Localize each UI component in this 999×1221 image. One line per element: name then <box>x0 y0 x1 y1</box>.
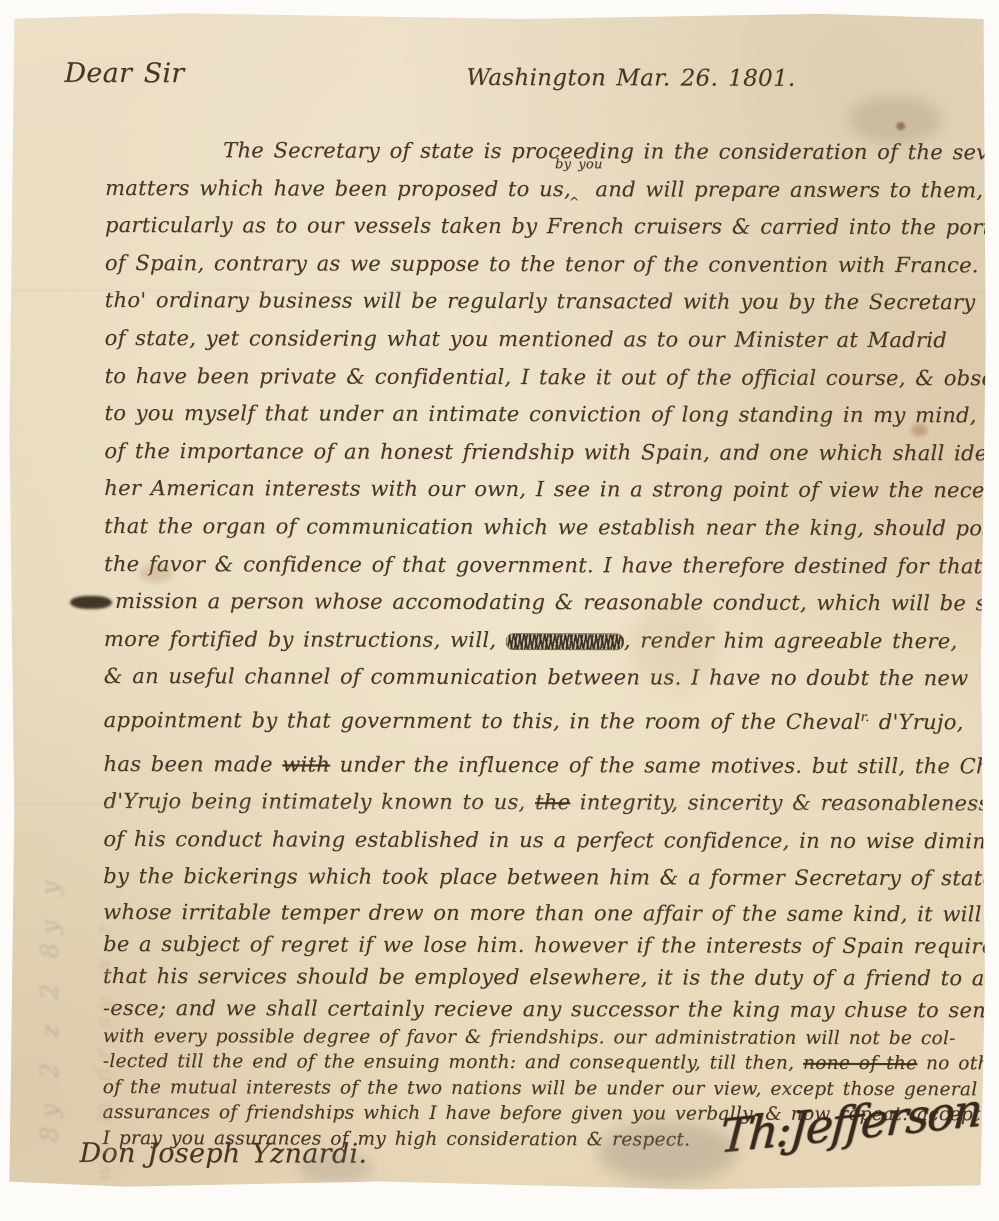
ink-scribble-deletion <box>506 634 624 649</box>
superscript-text: r. <box>861 709 870 724</box>
struck-through-text: with <box>282 752 330 776</box>
salutation: Dear Sir <box>64 58 184 89</box>
letter-line: with every possible degree of favor & fr… <box>103 1024 979 1052</box>
letter-line: & an useful channel of communication bet… <box>104 658 980 698</box>
interline-insertion: by you^ <box>571 175 586 196</box>
struck-through-text: the <box>535 790 570 814</box>
letter-line: by the bickerings which took place betwe… <box>103 858 979 898</box>
letter-line: of his conduct having established in us … <box>103 821 979 861</box>
letter-line: tho' ordinary business will be regularly… <box>105 282 981 322</box>
letter-line: -lected till the end of the ensuing mont… <box>103 1049 979 1077</box>
letter-line: that his services should be employed els… <box>103 960 979 994</box>
stain-top-right-dot <box>896 122 905 130</box>
letter-line: -esce; and we shall certainly recieve an… <box>103 992 979 1026</box>
letter-line: has been made with under the influence o… <box>104 739 980 785</box>
letter-line: more fortified by instructions, will, , … <box>104 621 980 661</box>
letter-line: whose irritable temper drew on more than… <box>103 896 979 930</box>
struck-through-text: none of the <box>803 1053 917 1074</box>
letter-line: particularly as to our vessels taken by … <box>105 207 981 247</box>
letter-line: mission a person whose accomodating & re… <box>104 583 980 623</box>
letter-line: of state, yet considering what you menti… <box>105 320 981 360</box>
letter-document: Dear Sir Washington Mar. 26. 1801. The S… <box>7 12 987 1192</box>
letter-line: d'Yrujo being intimately known to us, th… <box>103 783 979 823</box>
letter-line: appointment by that government to this, … <box>104 696 980 742</box>
ink-blot <box>70 596 112 609</box>
letter-line: that the organ of communication which we… <box>104 508 980 548</box>
letter-line: of the importance of an honest friendshi… <box>104 433 980 473</box>
dateline: Washington Mar. 26. 1801. <box>466 65 795 92</box>
bleedthrough-pencil-marks: 8y 2 z 2 8y y <box>36 802 65 1142</box>
letter-line: the favor & confidence of that governmen… <box>104 546 980 586</box>
letter-line: her American interests with our own, I s… <box>104 470 980 510</box>
addressee: Don Joseph Yznardi. <box>80 1138 368 1170</box>
letter-line: of Spain, contrary as we suppose to the … <box>105 245 981 285</box>
letter-line: be a subject of regret if we lose him. h… <box>103 928 979 962</box>
letter-line: matters which have been proposed to us,b… <box>105 170 981 210</box>
letter-body: The Secretary of state is proceeding in … <box>103 132 982 1154</box>
letter-line: to you myself that under an intimate con… <box>104 395 980 435</box>
letter-line: The Secretary of state is proceeding in … <box>105 132 981 172</box>
letter-line: to have been private & confidential, I t… <box>105 358 981 398</box>
